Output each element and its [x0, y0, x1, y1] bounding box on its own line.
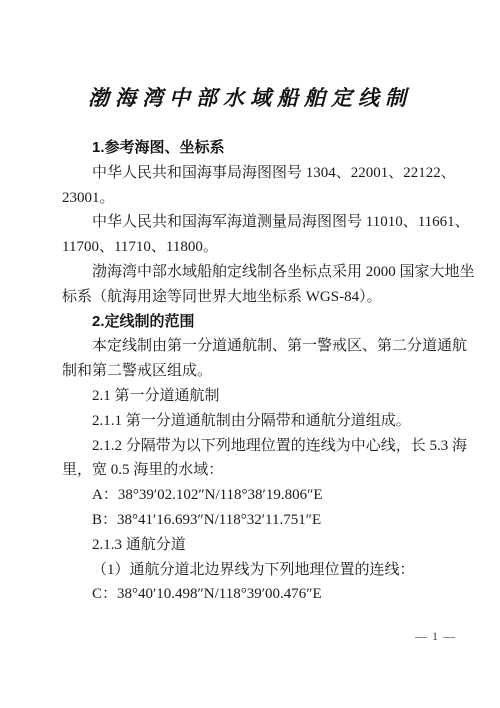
document-body: 1.参考海图、坐标系 中华人民共和国海事局海图图号 1304、22001、221… — [62, 136, 446, 607]
para-datum-line-1: 渤海湾中部水域船舶定线制各坐标点采用 2000 国家大地坐 — [62, 260, 446, 285]
coordinate-b: B：38°41′16.693″N/118°32′11.751″E — [62, 508, 446, 533]
coordinate-c: C：38°40′10.498″N/118°39′00.476″E — [62, 582, 446, 607]
item-2-1-2-line-1: 2.1.2 分隔带为以下列地理位置的连线为中心线，长 5.3 海 — [62, 434, 446, 459]
item-2-1-3-sub-1: （1）通航分道北边界线为下列地理位置的连线： — [62, 558, 446, 583]
para-navy-charts-line-1: 中华人民共和国海军海道测量局海图图号 11010、11661、 — [62, 210, 446, 235]
item-2-1: 2.1 第一分道通航制 — [62, 384, 446, 409]
para-scope-line-2: 制和第二警戒区组成。 — [62, 359, 446, 384]
section-heading-2: 2.定线制的范围 — [62, 310, 446, 335]
page-number: — 1 — — [415, 629, 456, 644]
item-2-1-3: 2.1.3 通航分道 — [62, 533, 446, 558]
item-2-1-1: 2.1.1 第一分道通航制由分隔带和通航分道组成。 — [62, 409, 446, 434]
para-navy-charts-line-2: 11700、11710、11800。 — [62, 235, 446, 260]
para-scope-line-1: 本定线制由第一分道通航制、第一警戒区、第二分道通航 — [62, 334, 446, 359]
section-heading-1: 1.参考海图、坐标系 — [62, 136, 446, 161]
para-msa-charts-line-2: 23001。 — [62, 186, 446, 211]
para-datum-line-2: 标系（航海用途等同世界大地坐标系 WGS-84）。 — [62, 285, 446, 310]
item-2-1-2-line-2: 里，宽 0.5 海里的水域： — [62, 458, 446, 483]
coordinate-a: A：38°39′02.102″N/118°38′19.806″E — [62, 483, 446, 508]
doc-title: 渤海湾中部水域船舶定线制 — [0, 82, 500, 112]
para-msa-charts-line-1: 中华人民共和国海事局海图图号 1304、22001、22122、 — [62, 161, 446, 186]
